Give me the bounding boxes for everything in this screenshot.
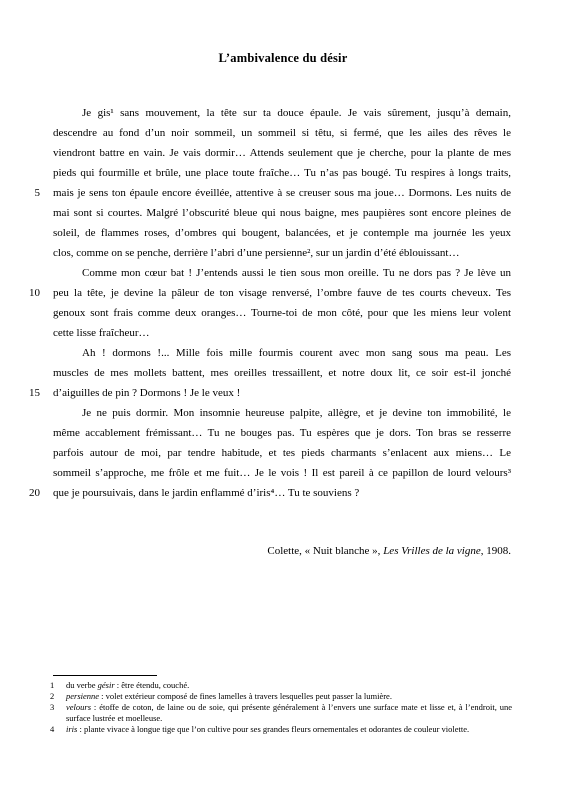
line-text: Ah ! dormons !... Mille fois mille fourm… xyxy=(82,347,511,359)
text-line: muscles de mes mollets battent, mes orei… xyxy=(53,363,511,383)
text-line: Comme mon cœur bat ! J’entends aussi le … xyxy=(53,263,511,283)
line-text: Comme mon cœur bat ! J’entends aussi le … xyxy=(82,267,511,279)
text-line: 10peu la tête, je devine la pâleur de to… xyxy=(53,283,511,303)
footnote-item: 1du verbe gésir : être étendu, couché. xyxy=(50,680,512,691)
footnotes: 1du verbe gésir : être étendu, couché. 2… xyxy=(50,680,512,735)
line-text: sommeil s’approche, me frôle et me fuit…… xyxy=(53,467,511,479)
text-line: parfois autour de moi, par tendre habitu… xyxy=(53,443,511,463)
line-text: même accablement frémissant… Tu ne bouge… xyxy=(53,427,511,439)
line-text: que je poursuivais, dans le jardin enfla… xyxy=(53,487,359,499)
text-line: clos, comme on se penche, derrière l’abr… xyxy=(53,243,511,263)
text-line: viendront battre en vain. Je vais dormir… xyxy=(53,143,511,163)
line-text: soleil, de flammes roses, d’ombres qui b… xyxy=(53,227,511,239)
footnote-definition: : plante vivace à longue tige que l’on c… xyxy=(77,724,469,734)
footnote-number: 1 xyxy=(50,680,60,691)
footnote-number: 2 xyxy=(50,691,60,702)
citation-work-title: Les Vrilles de la vigne xyxy=(383,545,481,557)
line-number: 5 xyxy=(27,183,40,203)
footnote-definition: : être étendu, couché. xyxy=(115,680,190,690)
text-line: 20que je poursuivais, dans le jardin enf… xyxy=(53,483,511,503)
line-text: Je ne puis dormir. Mon insomnie heureuse… xyxy=(82,407,511,419)
line-text: genoux sont frais comme deux oranges… To… xyxy=(53,307,511,319)
line-number: 15 xyxy=(27,383,40,403)
text-body: Je gis¹ sans mouvement, la tête sur ta d… xyxy=(53,103,511,503)
text-line: 5mais je sens ton épaule encore éveillée… xyxy=(53,183,511,203)
footnote-term: iris xyxy=(66,724,77,734)
line-text: viendront battre en vain. Je vais dormir… xyxy=(53,147,511,159)
text-line: même accablement frémissant… Tu ne bouge… xyxy=(53,423,511,443)
footnote-number: 3 xyxy=(50,702,60,713)
citation-year: , 1908. xyxy=(481,545,511,557)
line-text: pieds qui fourmille et brûle, une place … xyxy=(53,167,511,179)
footnote-item: 3velours : étoffe de coton, de laine ou … xyxy=(50,702,512,724)
line-text: mais je sens ton épaule encore éveillée,… xyxy=(53,187,511,199)
line-text: muscles de mes mollets battent, mes orei… xyxy=(53,367,511,379)
footnote-number: 4 xyxy=(50,724,60,735)
line-text: mai sont si courtes. Malgré l’obscurité … xyxy=(53,207,511,219)
document-page: L’ambivalence du désir Je gis¹ sans mouv… xyxy=(0,0,566,800)
text-line: Je gis¹ sans mouvement, la tête sur ta d… xyxy=(53,103,511,123)
line-text: Je gis¹ sans mouvement, la tête sur ta d… xyxy=(82,107,511,119)
text-line: Ah ! dormons !... Mille fois mille fourm… xyxy=(53,343,511,363)
footnote-definition: : étoffe de coton, de laine ou de soie, … xyxy=(66,702,512,723)
footnote-term: persienne xyxy=(66,691,99,701)
text-line: genoux sont frais comme deux oranges… To… xyxy=(53,303,511,323)
line-number: 10 xyxy=(27,283,40,303)
citation: Colette, « Nuit blanche », Les Vrilles d… xyxy=(267,541,511,561)
document-title: L’ambivalence du désir xyxy=(0,51,566,66)
line-text: peu la tête, je devine la pâleur de ton … xyxy=(53,287,511,299)
text-line: 15d’aiguilles de pin ? Dormons ! Je le v… xyxy=(53,383,511,403)
text-line: sommeil s’approche, me frôle et me fuit…… xyxy=(53,463,511,483)
text-line: descendre au fond d’un noir sommeil, un … xyxy=(53,123,511,143)
line-text: parfois autour de moi, par tendre habitu… xyxy=(53,447,511,459)
footnote-item: 2persienne : volet extérieur composé de … xyxy=(50,691,512,702)
line-text: clos, comme on se penche, derrière l’abr… xyxy=(53,247,460,259)
text-line: pieds qui fourmille et brûle, une place … xyxy=(53,163,511,183)
line-text: cette lisse fraîcheur… xyxy=(53,327,150,339)
text-line: soleil, de flammes roses, d’ombres qui b… xyxy=(53,223,511,243)
footnote-separator xyxy=(53,675,157,676)
footnote-definition: : volet extérieur composé de fines lamel… xyxy=(99,691,392,701)
line-number: 20 xyxy=(27,483,40,503)
citation-author-and-piece: Colette, « Nuit blanche », xyxy=(267,545,383,557)
footnote-item: 4iris : plante vivace à longue tige que … xyxy=(50,724,512,735)
footnote-term: velours xyxy=(66,702,91,712)
text-line: mai sont si courtes. Malgré l’obscurité … xyxy=(53,203,511,223)
text-line: Je ne puis dormir. Mon insomnie heureuse… xyxy=(53,403,511,423)
footnote-term: gésir xyxy=(98,680,115,690)
footnote-pre: du verbe xyxy=(66,680,98,690)
line-text: descendre au fond d’un noir sommeil, un … xyxy=(53,127,511,139)
line-text: d’aiguilles de pin ? Dormons ! Je le veu… xyxy=(53,387,240,399)
text-line: cette lisse fraîcheur… xyxy=(53,323,511,343)
